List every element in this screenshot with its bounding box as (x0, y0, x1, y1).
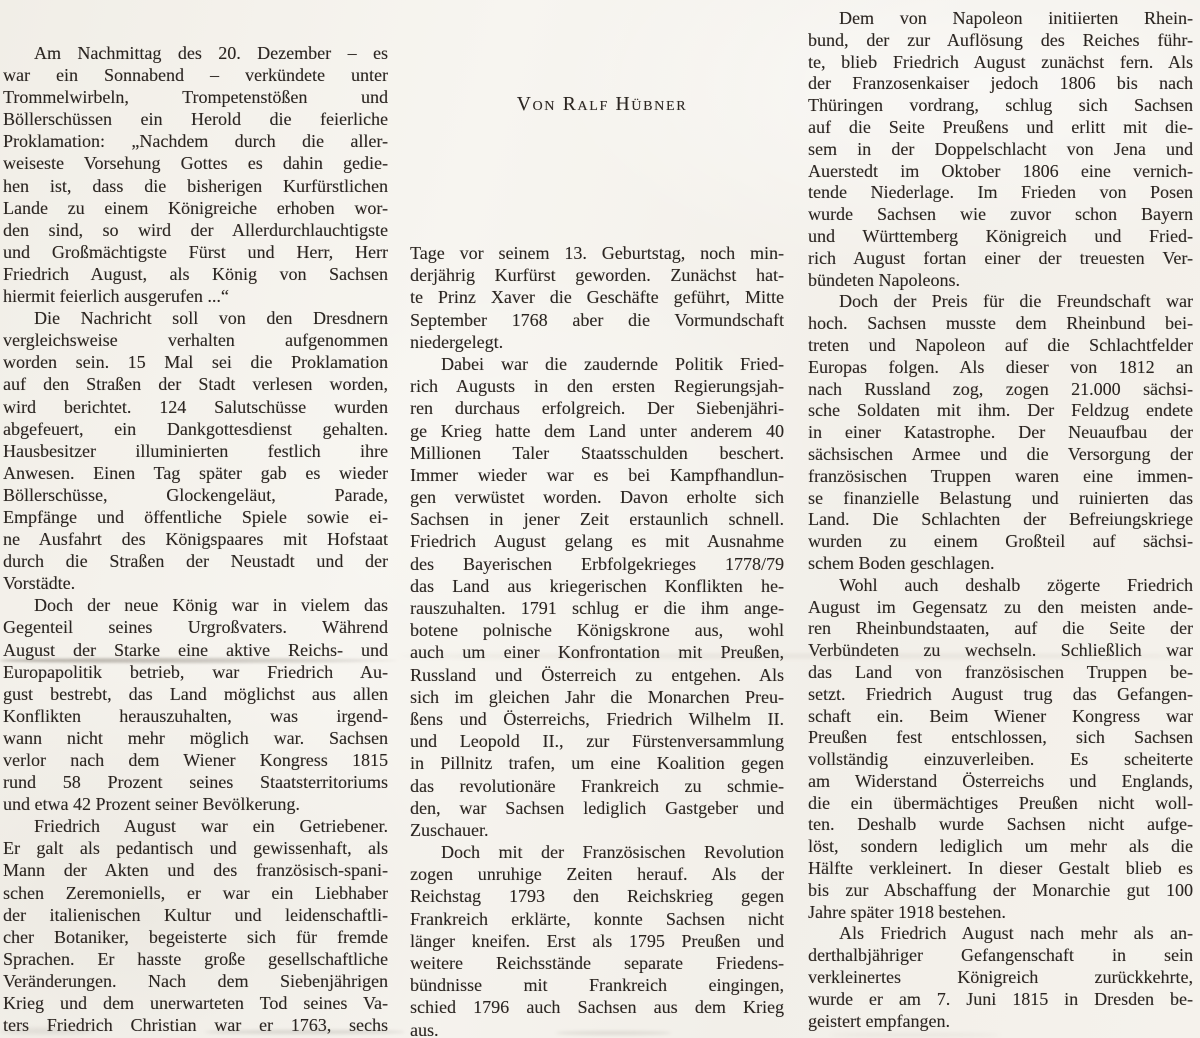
text-line: auf den Straßen der Stadt verlesen worde… (3, 373, 388, 395)
text-line: Dabei war die zaudernde Politik Fried- (410, 353, 784, 375)
text-line: Doch der neue König war in vielem das (3, 594, 388, 616)
text-line: Böllerschüsse, Glockengeläut, Parade, (3, 484, 388, 506)
text-line: ren Rheinbundstaaten, auf die Seite der (808, 618, 1193, 640)
text-line: zogen unruhige Zeiten herauf. Als der (410, 863, 784, 885)
text-line: hen ist, dass die bisherigen Kurfürstlic… (3, 175, 388, 197)
text-line: wurde er am 7. Juni 1815 in Dresden be- (808, 989, 1193, 1011)
text-line: August im Gegensatz zu den meisten ande- (808, 597, 1193, 619)
text-line: Auerstedt im Oktober 1806 eine vernich- (808, 161, 1193, 183)
text-line: nach Russland zog, zogen 21.000 sächsi- (808, 379, 1193, 401)
text-line: den, war Sachsen lediglich Gastgeber und (410, 797, 784, 819)
text-line: derthalbjähriger Gefangenschaft in sein (808, 945, 1193, 967)
text-line: die ein übermächtiges Preußen nicht woll… (808, 793, 1193, 815)
text-line: Millionen Taler Staatsschulden beschert. (410, 442, 784, 464)
text-line: Er galt als pedantisch und gewissenhaft,… (3, 837, 388, 859)
text-line: Russland und Österreich zu entgehen. Als (410, 664, 784, 686)
text-line: und etwa 42 Prozent seiner Bevölkerung. (3, 793, 388, 815)
text-line: Friedrich August war ein Getriebener. (3, 815, 388, 837)
text-line: sächsischen Armee und die Versorgung der (808, 444, 1193, 466)
text-line: vollständig einzuverleiben. Es scheitert… (808, 749, 1193, 771)
text-line: ne Ausfahrt des Königspaares mit Hofstaa… (3, 528, 388, 550)
text-line: Die Nachricht soll von den Dresdnern (3, 307, 388, 329)
text-line: das revolutionäre Frankreich zu schmie- (410, 775, 784, 797)
text-line: Am Nachmittag des 20. Dezember – es (3, 42, 388, 64)
text-line: Proklamation: „Nachdem durch die aller- (3, 130, 388, 152)
text-line: verlor nach dem Wiener Kongress 1815 (3, 749, 388, 771)
text-line: den sind, so wird der Allerdurchlauchtig… (3, 219, 388, 241)
text-line: das Land von französischen Truppen be- (808, 662, 1193, 684)
text-line: ters Friedrich Christian war er 1763, se… (3, 1014, 388, 1036)
text-line: bündeten Napoleons. (808, 270, 1193, 292)
text-line: wann nicht mehr möglich war. Sachsen (3, 727, 388, 749)
text-line: tende Niederlage. Im Frieden von Posen (808, 182, 1193, 204)
text-line: Frankreich erklärte, konnte Sachsen nich… (410, 908, 784, 930)
article-column-left: Am Nachmittag des 20. Dezember – eswar e… (3, 42, 388, 1036)
text-line: durch die Straßen der Neustadt und der (3, 550, 388, 572)
text-line: Dem von Napoleon initiierten Rhein- (808, 8, 1193, 30)
text-line: Immer wieder war es bei Kampfhandlun- (410, 464, 784, 486)
text-line: Tage vor seinem 13. Geburtstag, noch min… (410, 242, 784, 264)
text-line: schaft ein. Beim Wiener Kongress war (808, 706, 1193, 728)
text-line: worden sein. 15 Mal sei die Proklamation (3, 351, 388, 373)
text-line: te Prinz Xaver die Geschäfte geführt, Mi… (410, 286, 784, 308)
text-line: in einer Katastrophe. Der Neuaufbau der (808, 422, 1193, 444)
text-line: derjährig Kurfürst geworden. Zunächst ha… (410, 264, 784, 286)
text-line: sich im gleichen Jahr die Monarchen Preu… (410, 686, 784, 708)
text-line: Wohl auch deshalb zögerte Friedrich (808, 575, 1193, 597)
text-line: und Leopold II., zur Fürstenversammlung (410, 730, 784, 752)
text-line: war ein Sonnabend – verkündete unter (3, 64, 388, 86)
text-line: cher Botaniker, begeisterte sich für fre… (3, 926, 388, 948)
text-line: in Pillnitz trafen, um eine Koalition ge… (410, 752, 784, 774)
text-line: rich Augusts in den ersten Regierungsjah… (410, 375, 784, 397)
text-line: rich August fortan einer der treuesten V… (808, 248, 1193, 270)
article-byline: Von Ralf Hübner (412, 94, 792, 116)
text-line: Zuschauer. (410, 819, 784, 841)
text-line: Gegenteil seines Urgroßvaters. Während (3, 616, 388, 638)
text-line: löst, sondern lediglich um mehr als die (808, 836, 1193, 858)
text-line: Doch der Preis für die Freundschaft war (808, 291, 1193, 313)
text-line: Europas folgen. Als dieser von 1812 an (808, 357, 1193, 379)
text-line: ten. Deshalb wurde Sachsen nicht aufge- (808, 814, 1193, 836)
text-line: wurde Sachsen wie zuvor schon Bayern (808, 204, 1193, 226)
text-line: August der Starke eine aktive Reichs- un… (3, 639, 388, 661)
text-line: das Land aus kriegerischen Konflikten he… (410, 575, 784, 597)
text-line: ge Krieg hatte dem Land unter anderem 40 (410, 420, 784, 442)
text-line: setzt. Friedrich August trug das Gefange… (808, 684, 1193, 706)
text-line: abgefeuert, ein Dankgottesdienst gehalte… (3, 418, 388, 440)
newspaper-page: Am Nachmittag des 20. Dezember – eswar e… (0, 0, 1200, 1038)
text-line: September 1768 aber die Vormundschaft (410, 309, 784, 331)
text-line: schem Boden geschlagen. (808, 553, 1193, 575)
text-line: rund 58 Prozent seines Staatsterritorium… (3, 771, 388, 793)
text-line: Friedrich August gelang es mit Ausnahme (410, 530, 784, 552)
text-line: te, blieb Friedrich August zunächst fern… (808, 52, 1193, 74)
text-line: Vorstädte. (3, 572, 388, 594)
text-line: auch um einer Konfrontation mit Preußen, (410, 641, 784, 663)
text-line: verkleinertes Königreich zurückkehrte, (808, 967, 1193, 989)
text-line: treten und Napoleon auf die Schlachtfeld… (808, 335, 1193, 357)
text-line: französischen Truppen waren eine immen- (808, 466, 1193, 488)
text-line: des Bayerischen Erbfolgekrieges 1778/79 (410, 553, 784, 575)
text-line: Mann der Akten und des französisch-spani… (3, 859, 388, 881)
text-line: niedergelegt. (410, 331, 784, 353)
text-line: bündnisse mit Frankreich eingingen, (410, 974, 784, 996)
text-line: am Widerstand Österreichs und Englands, (808, 771, 1193, 793)
byline-text: Von Ralf Hübner (517, 94, 688, 115)
article-column-middle: Tage vor seinem 13. Geburtstag, noch min… (410, 242, 784, 1038)
text-line: ßens und Österreichs, Friedrich Wilhelm … (410, 708, 784, 730)
text-line: ren durchaus erfolgreich. Der Siebenjähr… (410, 397, 784, 419)
text-line: Sachsen in jener Zeit erstaunlich schnel… (410, 508, 784, 530)
text-line: länger kneifen. Erst als 1795 Preußen un… (410, 930, 784, 952)
text-line: der Franzosenkaiser jedoch 1806 bis nach (808, 73, 1193, 95)
text-line: wird berichtet. 124 Salutschüsse wurden (3, 396, 388, 418)
text-line: und Großmächtigste Fürst und Herr, Herr (3, 241, 388, 263)
text-line: Konflikten herauszuhalten, was irgend- (3, 705, 388, 727)
text-line: Verbündeten zu wechseln. Schließlich war (808, 640, 1193, 662)
text-line: Lande zu einem Königreiche erhoben wor- (3, 197, 388, 219)
text-line: der italienischen Kultur und leidenschaf… (3, 904, 388, 926)
text-line: Hälfte verkleinert. In dieser Gestalt bl… (808, 858, 1193, 880)
text-line: hoch. Sachsen musste dem Rheinbund bei- (808, 313, 1193, 335)
text-line: se finanzielle Belastung und ruinierten … (808, 488, 1193, 510)
text-line: Land. Die Schlachten der Befreiungskrieg… (808, 509, 1193, 531)
text-line: aus. (410, 1019, 784, 1038)
text-line: gen verwüstet worden. Davon erholte sich (410, 486, 784, 508)
text-line: Veränderungen. Nach dem Siebenjährigen (3, 970, 388, 992)
text-line: Sprachen. Er hasste große gesellschaftli… (3, 948, 388, 970)
article-column-right: Dem von Napoleon initiierten Rhein-bund,… (808, 8, 1193, 1032)
text-line: auf die Seite Preußens und erlitt mit di… (808, 117, 1193, 139)
text-line: Empfänge und öffentliche Spiele sowie ei… (3, 506, 388, 528)
text-line: Reichstag 1793 den Reichskrieg gegen (410, 885, 784, 907)
text-line: hiermit feierlich ausgerufen ...“ (3, 285, 388, 307)
text-line: Böllerschüssen ein Herold die feierliche (3, 108, 388, 130)
text-line: Anwesen. Einen Tag später gab es wieder (3, 462, 388, 484)
text-line: botene polnische Königskrone aus, wohl (410, 619, 784, 641)
text-line: wurden zu einem Großteil auf sächsi- (808, 531, 1193, 553)
text-line: Doch mit der Französischen Revolution (410, 841, 784, 863)
text-line: bund, der zur Auflösung des Reiches führ… (808, 30, 1193, 52)
text-line: rauszuhalten. 1791 schlug er die ihm ang… (410, 597, 784, 619)
text-line: Friedrich August, als König von Sachsen (3, 263, 388, 285)
text-line: Hausbesitzer illuminierten festlich ihre (3, 440, 388, 462)
text-line: geistert empfangen. (808, 1011, 1193, 1033)
text-line: und Württemberg Königreich und Fried- (808, 226, 1193, 248)
text-line: sche Soldaten mit ihm. Der Feldzug endet… (808, 400, 1193, 422)
text-line: bis zur Abschaffung der Monarchie gut 10… (808, 880, 1193, 902)
text-line: Als Friedrich August nach mehr als an- (808, 923, 1193, 945)
text-line: gust bestrebt, das Land möglichst aus al… (3, 683, 388, 705)
text-line: weiseste Vorsehung Gottes es dahin gedie… (3, 152, 388, 174)
text-line: vergleichsweise verhalten aufgenommen (3, 329, 388, 351)
text-line: Jahre später 1918 bestehen. (808, 902, 1193, 924)
text-line: sem in der Doppelschlacht von Jena und (808, 139, 1193, 161)
text-line: schen Zeremoniells, er war ein Liebhaber (3, 882, 388, 904)
scan-smudge-artifact (830, 1033, 1000, 1037)
text-line: Thüringen vordrang, schlug sich Sachsen (808, 95, 1193, 117)
text-line: Trommelwirbeln, Trompetenstößen und (3, 86, 388, 108)
text-line: Europapolitik betrieb, war Friedrich Au- (3, 661, 388, 683)
text-line: Preußen fest entschlossen, sich Sachsen (808, 727, 1193, 749)
text-line: schied 1796 auch Sachsen aus dem Krieg (410, 996, 784, 1018)
text-line: Krieg und dem unerwarteten Tod seines Va… (3, 992, 388, 1014)
text-line: weitere Reichsstände separate Friedens- (410, 952, 784, 974)
